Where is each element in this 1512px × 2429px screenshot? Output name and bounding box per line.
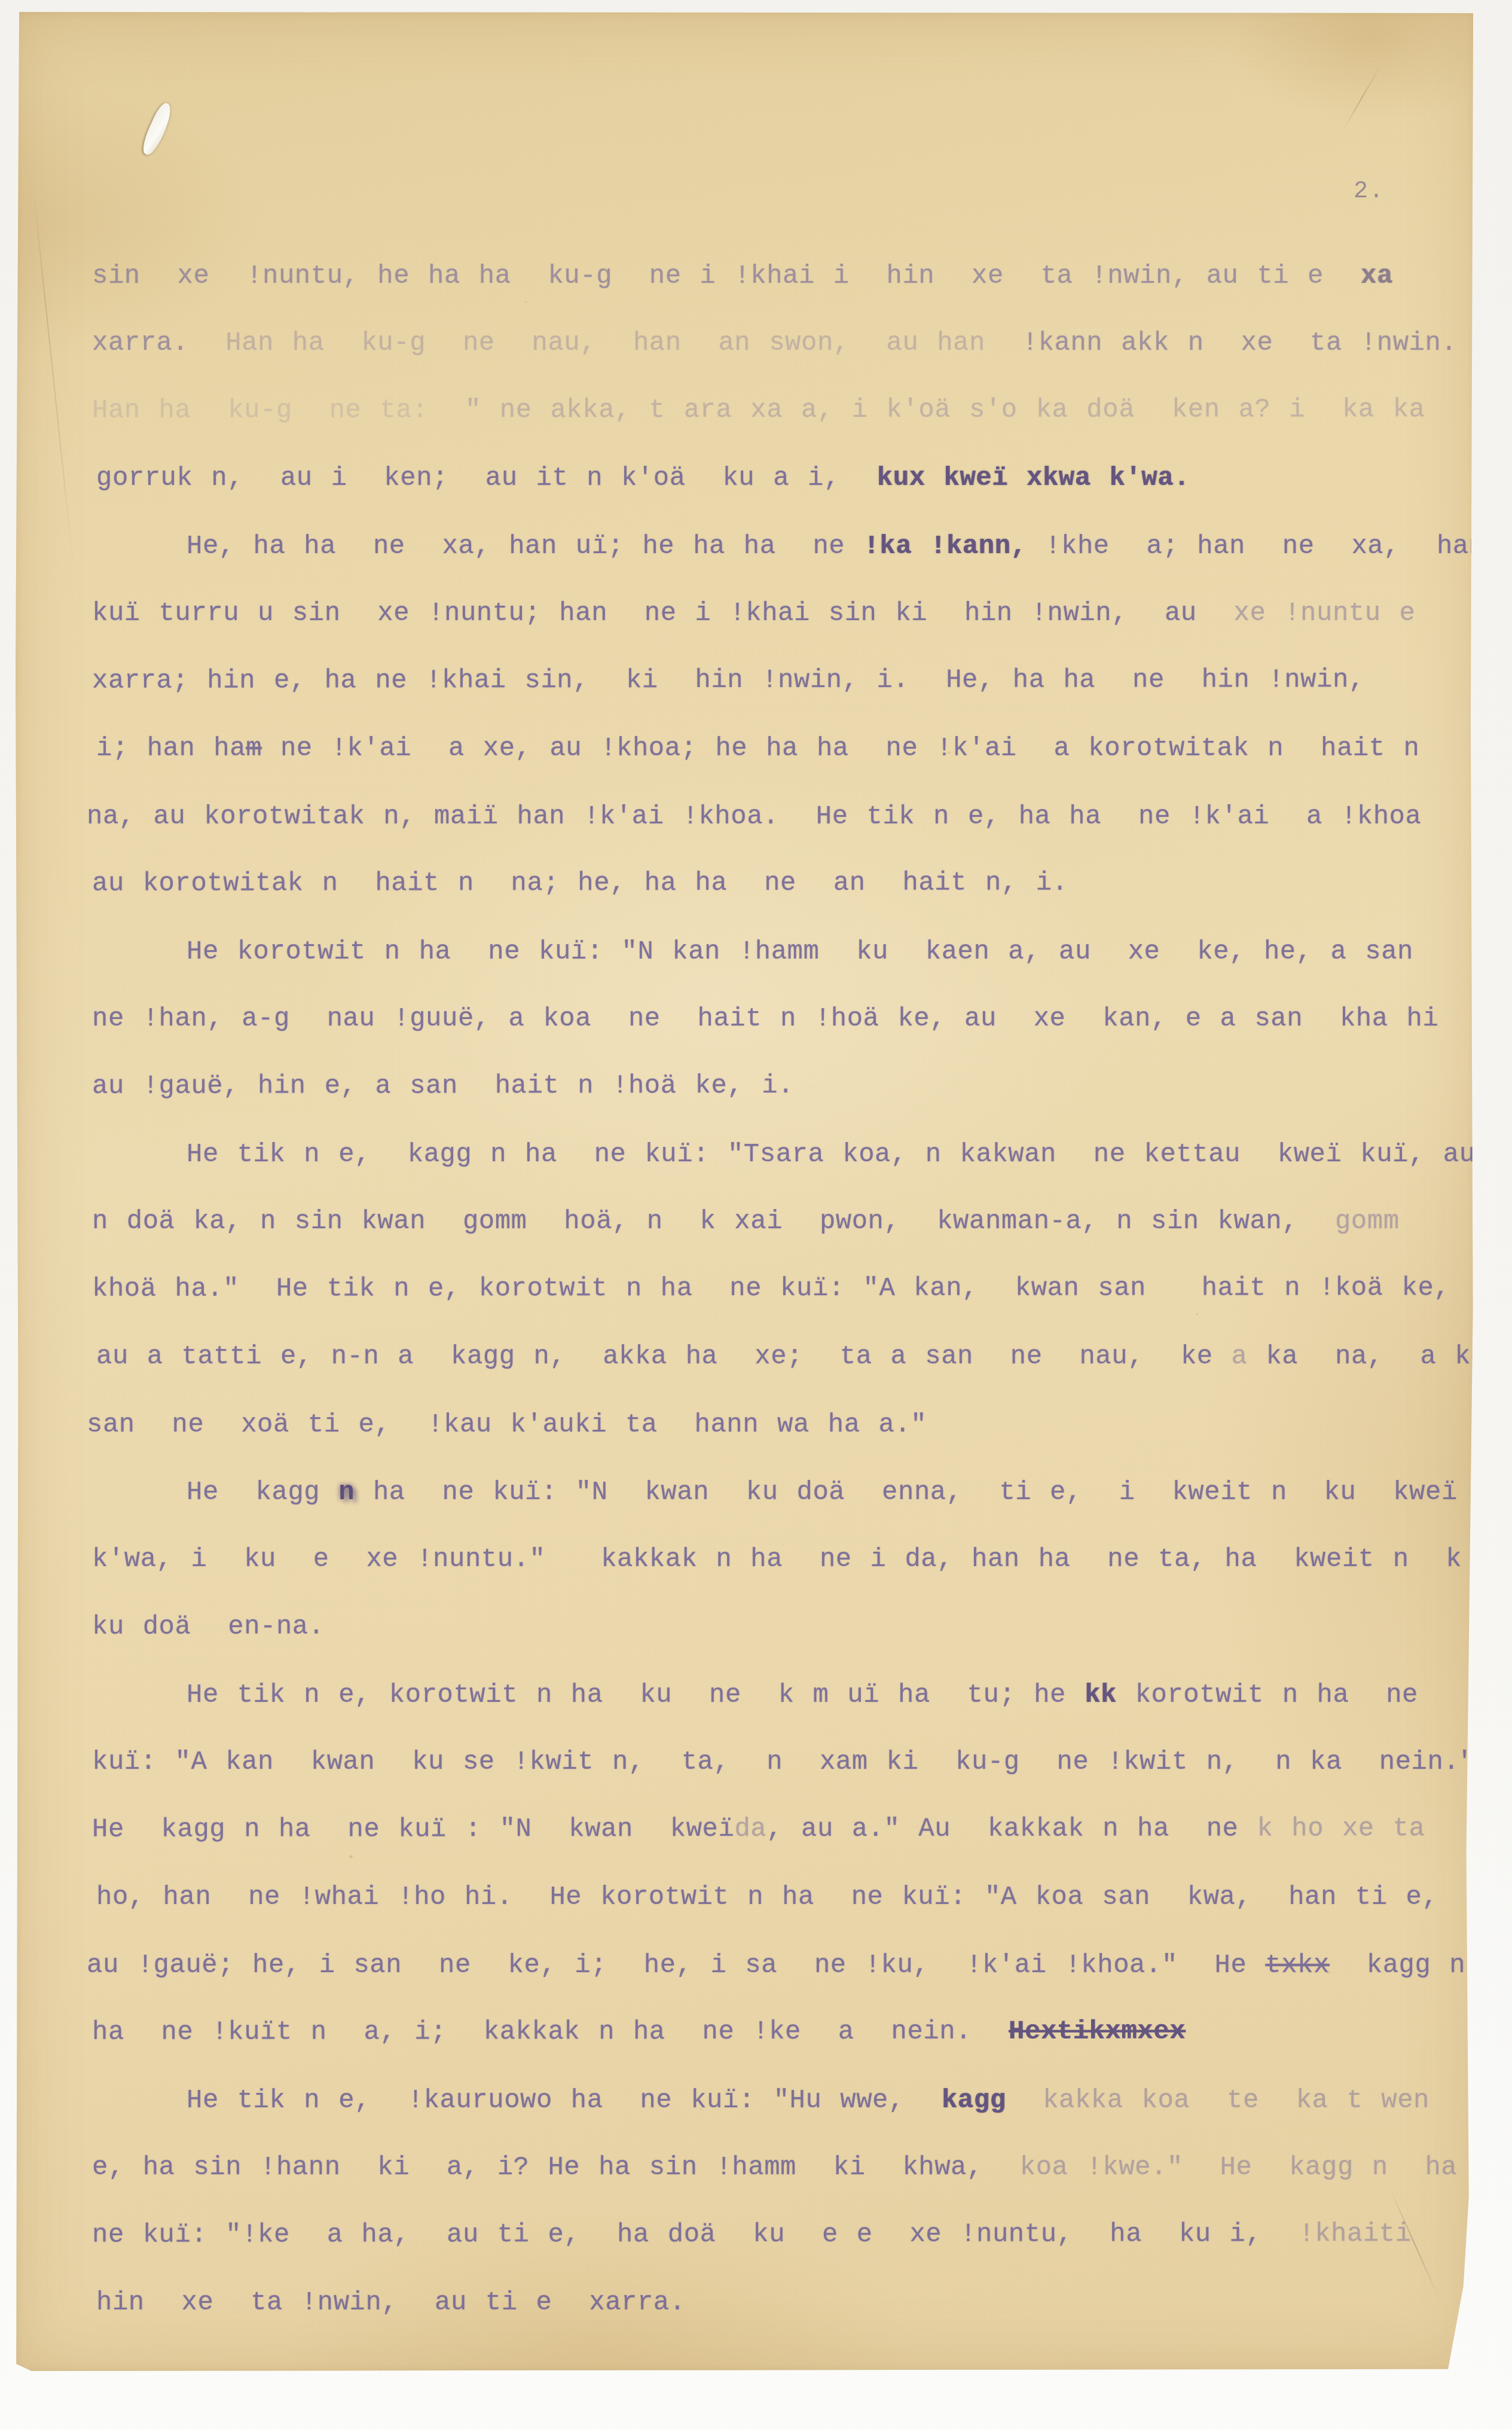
text-line: gorruk n, au i ken; au it n k'oä ku a i,…: [96, 445, 1462, 512]
text-line: n doä ka, n sin kwan gomm hoä, n k xai p…: [92, 1188, 1462, 1256]
text-line: xarra. Han ha ku-g ne nau, han an swon, …: [92, 310, 1462, 377]
text-line: He tik n e, korotwit n ha ku ne k m uï h…: [92, 1662, 1462, 1729]
text-segment: ka na, a koa: [1248, 1342, 1504, 1372]
text-segment: au a tatti e, n-n a kagg n, akka ha xe; …: [96, 1342, 1232, 1372]
text-segment: !ka !kann,: [863, 532, 1027, 562]
paper-tear-mark: [139, 101, 175, 158]
text-segment: ne !han, a-g nau !guuë, a koa ne hait n …: [92, 1004, 1438, 1034]
text-segment: He, ha ha ne xa, han uï; he ha ha ne: [187, 532, 863, 562]
text-segment: au !gauë, hin e, a san hait n !hoä ke, i…: [92, 1071, 794, 1101]
text-line: au !gauë; he, i san ne ke, i; he, i sa n…: [87, 1932, 1462, 2000]
text-segment: ha ne !kuït n a, i; kakkak n ha ne !ke a…: [92, 2017, 1009, 2047]
text-line: san ne xoä ti e, !kau k'auki ta hann wa …: [87, 1392, 1462, 1459]
text-line: hin xe ta !nwin, au ti e xarra.: [96, 2269, 1462, 2337]
text-segment: ne kuï: "!ke a ha, au ti e, ha doä ku e …: [92, 2219, 1299, 2250]
text-line: au korotwitak n hait n na; he, ha ha ne …: [92, 849, 1462, 918]
text-line: kuï: "A kan kwan ku se !kwit n, ta, n xa…: [92, 1729, 1462, 1796]
text-segment: a: [1232, 1342, 1248, 1372]
text-segment: !khaiti: [1299, 2219, 1411, 2249]
typewritten-text: sin xe !nuntu, he ha ha ku-g ne i !khai …: [92, 242, 1462, 2337]
text-segment: " ne akka, t ara xa a, i k'oä s'o ka doä…: [465, 395, 1425, 425]
paragraph: He korotwit n ha ne kuï: "N kan !hamm ku…: [92, 918, 1462, 1121]
text-segment: kux kweï xkwa k'wa.: [877, 463, 1190, 493]
text-segment: gorruk n, au i ken; au it n k'oä ku a i,: [96, 463, 877, 493]
text-line: He, ha ha ne xa, han uï; he ha ha ne !ka…: [92, 513, 1462, 581]
text-line: Han ha ku-g ne ta: " ne akka, t ara xa a…: [92, 376, 1462, 445]
paragraph: He kagg n ha ne kuï: "N kwan ku doä enna…: [92, 1458, 1462, 1661]
text-segment: n: [338, 1478, 355, 1508]
text-segment: m: [246, 734, 262, 764]
crease-line-top-left: [33, 187, 74, 567]
text-segment: He kagg n ha ne kuï : "N kwan kweï: [92, 1814, 734, 1845]
text-segment: e, ha sin !hann ki a, i? He ha sin !hamm…: [92, 2153, 1020, 2183]
text-line: He kagg n ha ne kuï: "N kwan ku doä enna…: [92, 1459, 1462, 1527]
text-segment: da: [734, 1814, 766, 1844]
text-segment: ha ne kuï: "N kwan ku doä enna, ti e, i …: [355, 1478, 1458, 1508]
text-segment: kk: [1085, 1680, 1117, 1710]
text-segment: korotwit n ha ne: [1117, 1680, 1418, 1710]
text-line: ne kuï: "!ke a ha, au ti e, ha doä ku e …: [92, 2201, 1462, 2269]
paragraph: He tik n e, kagg n ha ne kuï: "Tsara koa…: [92, 1121, 1462, 1458]
text-segment: san ne xoä ti e, !kau k'auki ta hann wa …: [87, 1410, 927, 1440]
paragraph: He tik n e, !kauruowo ha ne kuï: "Hu wwe…: [92, 2067, 1462, 2337]
text-line: au !gauë, hin e, a san hait n !hoä ke, i…: [92, 1052, 1462, 1121]
text-segment: kagg: [942, 2086, 1006, 2116]
text-segment: kuï: "A kan kwan ku se !kwit n, ta, n xa…: [92, 1747, 1476, 1777]
text-line: ho, han ne !whai !ho hi. He korotwit n h…: [96, 1864, 1462, 1931]
text-segment: !khe a; han ne xa, han: [1027, 532, 1484, 562]
text-segment: He tik n e, korotwit n ha ku ne k m uï h…: [187, 1680, 1085, 1710]
text-segment: au korotwitak n hait n na; he, ha ha ne …: [92, 868, 1068, 899]
text-segment: kuï turru u sin xe !nuntu; han ne i !kha…: [92, 599, 1234, 628]
scanned-paper-sheet: 2. sin xe !nuntu, he ha ha ku-g ne i !kh…: [16, 12, 1474, 2371]
text-line: au a tatti e, n-n a kagg n, akka ha xe; …: [96, 1323, 1462, 1391]
text-segment: koa !kwe." He kagg n ha: [1020, 2153, 1458, 2183]
text-segment: He korotwit n ha ne kuï: "N kan !hamm ku…: [187, 937, 1413, 967]
paragraph: He, ha ha ne xa, han uï; he ha ha ne !ka…: [92, 512, 1462, 918]
text-segment: He tik n e, !kauruowo ha ne kuï: "Hu wwe…: [187, 2086, 942, 2116]
text-segment: kagg n: [1330, 1951, 1465, 1981]
text-segment: au !gauë; he, i san ne ke, i; he, i sa n…: [87, 1951, 1265, 1981]
text-line: He tik n e, kagg n ha ne kuï: "Tsara koa…: [92, 1121, 1462, 1189]
text-line: k'wa, i ku e xe !nuntu." kakkak n ha ne …: [92, 1526, 1462, 1594]
text-segment: He kagg: [187, 1478, 338, 1508]
text-line: He korotwit n ha ne kuï: "N kan !hamm ku…: [92, 918, 1462, 986]
text-segment: He tik n e, kagg n ha ne kuï: "Tsara koa…: [187, 1140, 1476, 1170]
text-segment: xarra; hin e, ha ne !khai sin, ki hin !n…: [92, 665, 1365, 695]
paragraph: He tik n e, korotwit n ha ku ne k m uï h…: [92, 1661, 1462, 2067]
text-segment: !kann akk n xe ta !nwin.: [1022, 328, 1458, 358]
text-segment: Hextikxmxex: [1009, 2017, 1186, 2047]
text-segment: xa: [1361, 261, 1393, 291]
text-line: xarra; hin e, ha ne !khai sin, ki hin !n…: [92, 646, 1462, 715]
text-line: khoä ha." He tik n e, korotwit n ha ne k…: [92, 1255, 1462, 1323]
text-line: na, au korotwitak n, maiï han !k'ai !kho…: [87, 783, 1462, 851]
text-line: ku doä en-na.: [92, 1592, 1462, 1661]
text-segment: k ho xe ta: [1257, 1814, 1425, 1844]
text-segment: xarra.: [92, 328, 225, 358]
text-segment: i; han ha: [96, 734, 246, 764]
text-segment: na, au korotwitak n, maiï han !k'ai !kho…: [87, 802, 1421, 832]
text-segment: Han ha ku-g ne ta:: [92, 395, 465, 425]
text-segment: gomm: [1335, 1207, 1400, 1237]
text-segment: xe !nuntu e: [1234, 599, 1416, 628]
text-segment: n doä ka, n sin kwan gomm hoä, n k xai p…: [92, 1207, 1335, 1237]
text-segment: ne !k'ai a xe, au !khoa; he ha ha ne !k'…: [262, 734, 1419, 764]
text-segment: khoä ha." He tik n e, korotwit n ha ne k…: [92, 1273, 1450, 1304]
text-segment: ho, han ne !whai !ho hi. He korotwit n h…: [96, 1882, 1438, 1912]
text-line: He tik n e, !kauruowo ha ne kuï: "Hu wwe…: [92, 2067, 1462, 2135]
page-number: 2.: [1354, 178, 1385, 205]
text-line: He kagg n ha ne kuï : "N kwan kweïda, au…: [92, 1795, 1462, 1864]
text-line: ne !han, a-g nau !guuë, a koa ne hait n …: [92, 985, 1462, 1053]
text-segment: hin xe ta !nwin, au ti e xarra.: [96, 2288, 686, 2318]
text-segment: txkx: [1265, 1951, 1330, 1981]
text-segment: Han ha ku-g ne nau, han an swon, au han: [225, 328, 1022, 358]
text-line: i; han ham ne !k'ai a xe, au !khoa; he h…: [96, 715, 1462, 783]
text-line: sin xe !nuntu, he ha ha ku-g ne i !khai …: [92, 243, 1462, 310]
text-segment: , au a." Au kakkak n ha ne: [766, 1814, 1257, 1844]
text-line: ha ne !kuït n a, i; kakkak n ha ne !ke a…: [92, 1998, 1462, 2067]
paragraph: sin xe !nuntu, he ha ha ku-g ne i !khai …: [92, 242, 1462, 512]
text-line: e, ha sin !hann ki a, i? He ha sin !hamm…: [92, 2134, 1462, 2202]
text-segment: sin xe !nuntu, he ha ha ku-g ne i !khai …: [92, 261, 1361, 291]
text-segment: ku doä en-na.: [92, 1612, 325, 1642]
crease-line-top-right: [1342, 65, 1382, 133]
text-segment: kakka koa te ka t wen: [1006, 2086, 1429, 2116]
text-segment: k'wa, i ku e xe !nuntu." kakkak n ha ne …: [92, 1545, 1462, 1574]
text-line: kuï turru u sin xe !nuntu; han ne i !kha…: [92, 580, 1462, 648]
